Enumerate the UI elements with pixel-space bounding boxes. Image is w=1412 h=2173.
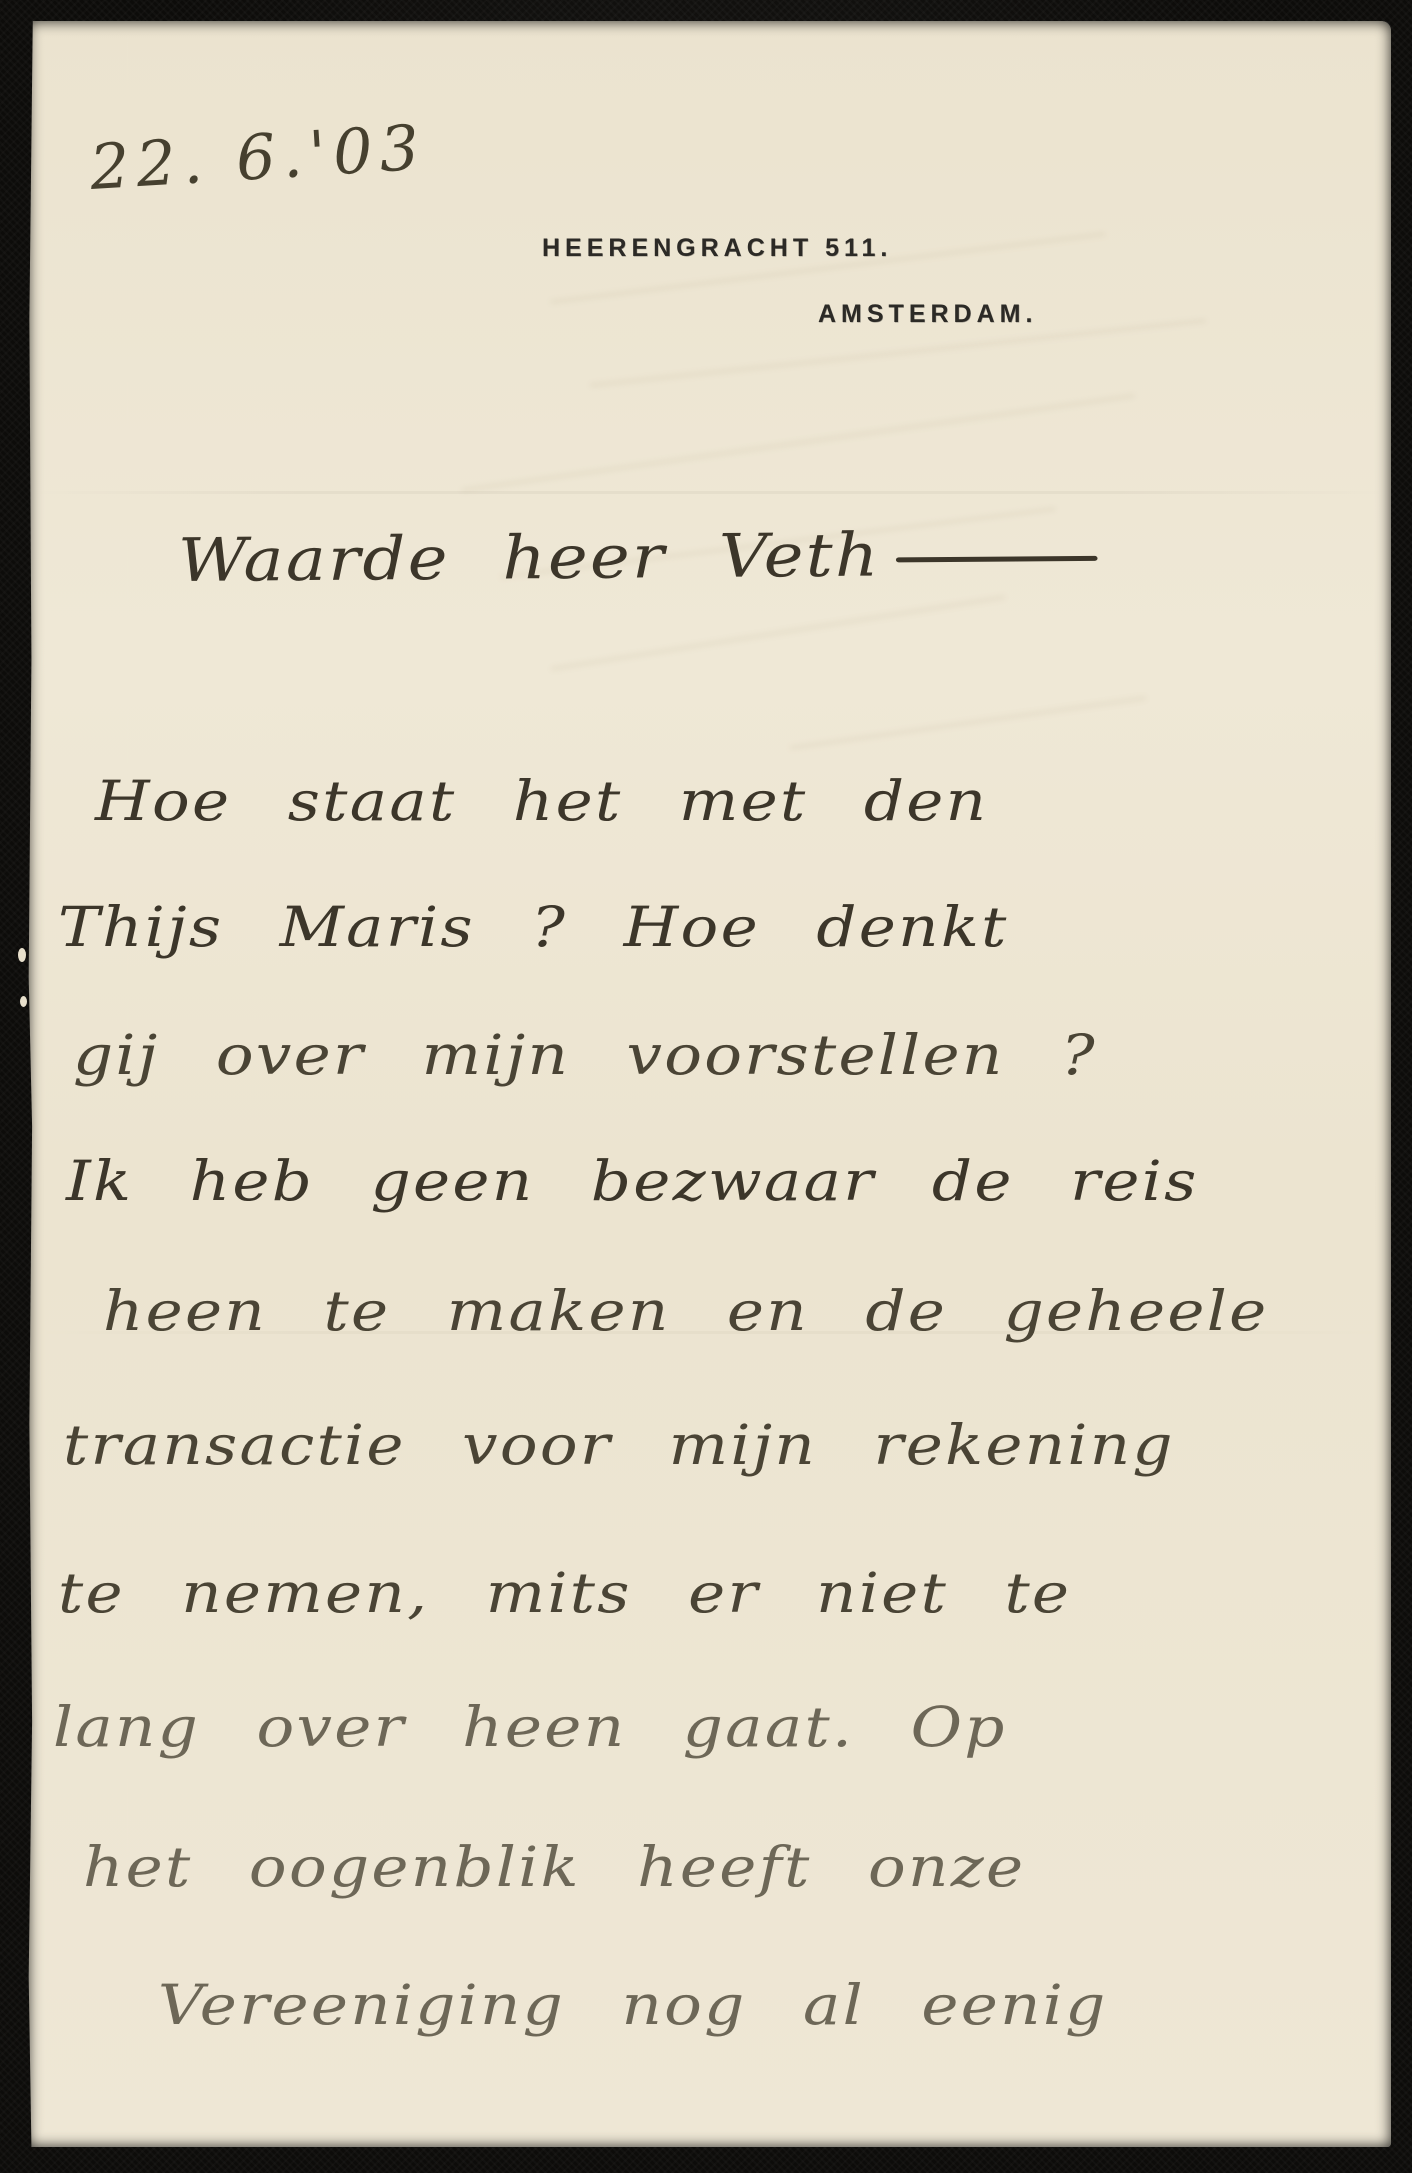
paper-edge-speck: [20, 996, 27, 1007]
body-line: Thijs Maris ? Hoe denkt: [58, 895, 1009, 959]
ink-showthrough: [551, 595, 1006, 671]
body-line: heen te maken en de geheele: [103, 1279, 1269, 1343]
salutation-flourish-dash: [896, 556, 1098, 563]
ink-showthrough: [789, 696, 1146, 750]
body-line: Ik heb geen bezwaar de reis: [66, 1149, 1199, 1213]
letterhead-address: HEERENGRACHT 511.: [542, 234, 892, 263]
letter-paper: 22. 6.'03 HEERENGRACHT 511. AMSTERDAM. W…: [28, 21, 1391, 2147]
body-line: Hoe staat het met den: [95, 769, 988, 833]
paper-edge-speck: [18, 948, 26, 962]
letterhead-city: AMSTERDAM.: [818, 300, 1037, 329]
body-line: Vereeniging nog al eenig: [158, 1973, 1108, 2037]
body-line: gij over mijn voorstellen ?: [73, 1023, 1097, 1087]
body-line: te nemen, mits er niet te: [58, 1561, 1071, 1625]
ink-showthrough: [461, 394, 1135, 493]
scan-background: 22. 6.'03 HEERENGRACHT 511. AMSTERDAM. W…: [0, 0, 1412, 2173]
handwritten-date: 22. 6.'03: [88, 111, 428, 204]
body-line: transactie voor mijn rekening: [63, 1413, 1175, 1477]
body-line: lang over heen gaat. Op: [53, 1695, 1007, 1759]
paper-crease: [28, 491, 1391, 494]
body-line: het oogenblik heeft onze: [83, 1835, 1025, 1899]
salutation-line: Waarde heer Veth: [178, 519, 1098, 596]
salutation-text: Waarde heer Veth: [178, 521, 881, 596]
